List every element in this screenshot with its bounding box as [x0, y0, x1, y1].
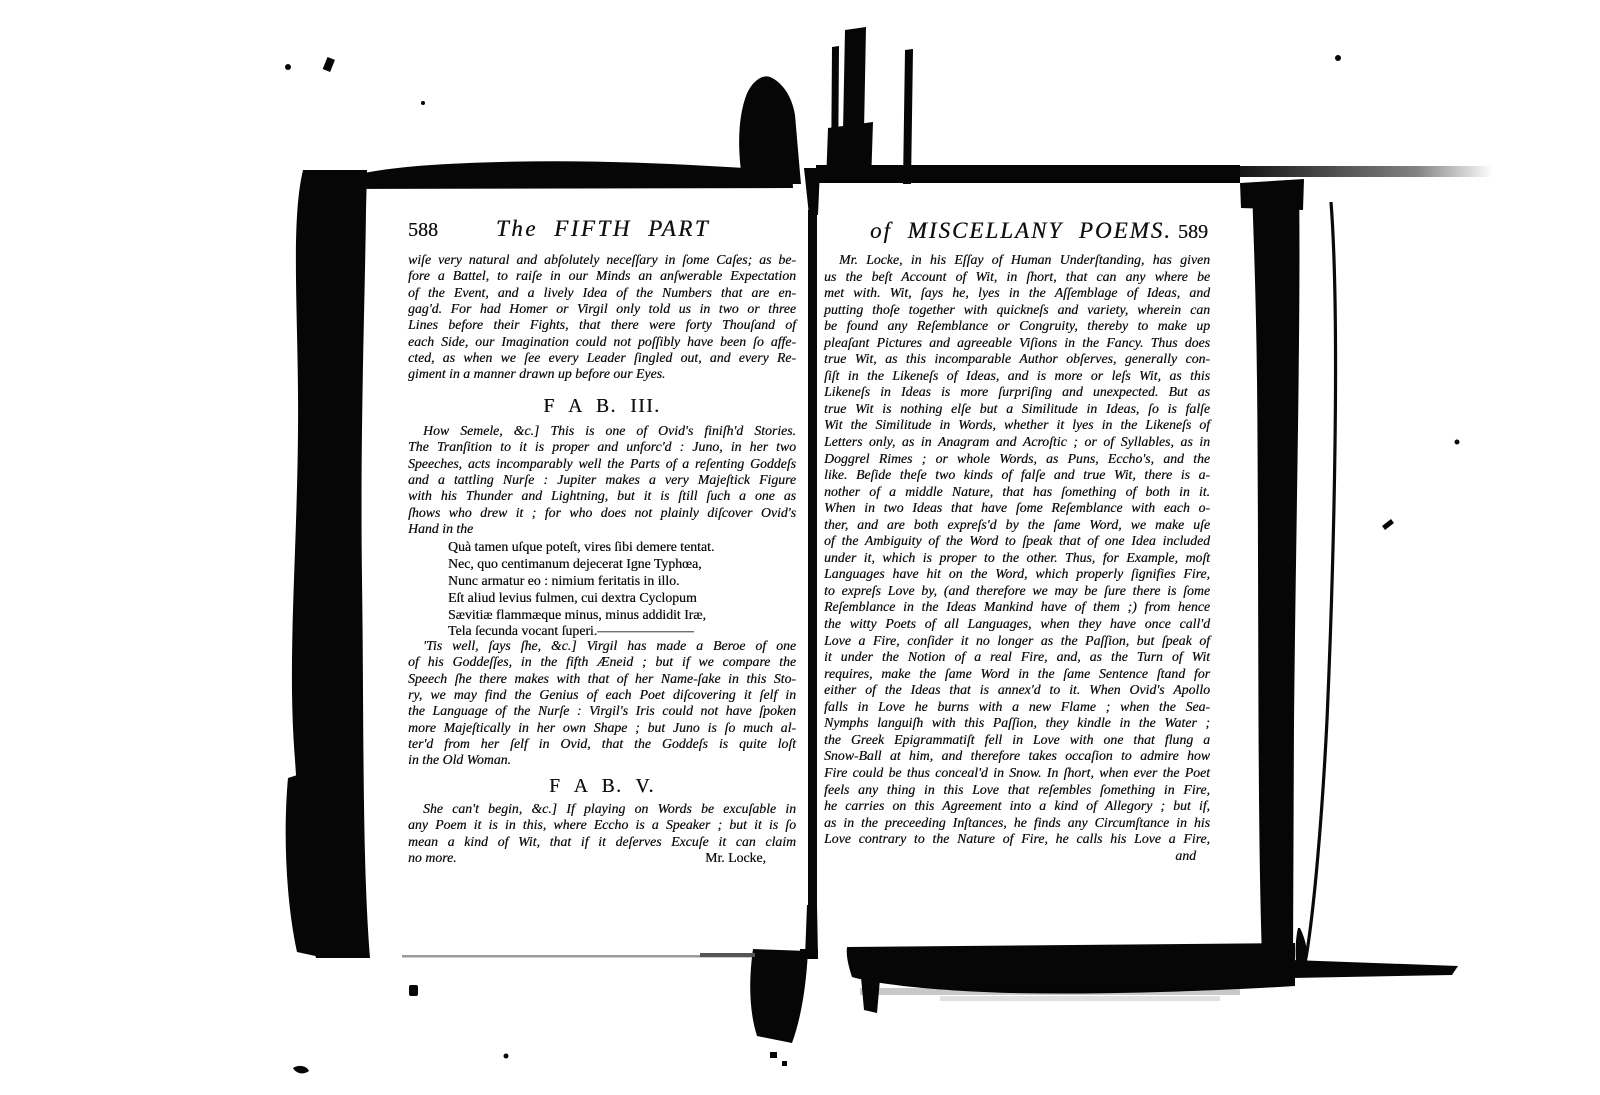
right-body-lines: Mr. Locke, in his Eſſay of Human Underſt…: [824, 252, 1210, 848]
speck-top-left-2: [285, 64, 291, 70]
text-line: putting thoſe together with quickneſs an…: [824, 302, 1210, 319]
text-line: Speech ſhe there makes with that of her …: [408, 671, 796, 687]
text-line: each Side, our Imagination could not poſ…: [408, 334, 796, 350]
text-line: Lines before their Fights, that there we…: [408, 317, 796, 333]
text-line: of the Ambiguity of the Word to ſpeak th…: [824, 533, 1210, 550]
text-line: Nymphs languiſh with this Paſſion, they …: [824, 715, 1210, 732]
right-edge-ink-band: [1252, 180, 1299, 958]
text-line: gag'd. For had Homer or Virgil only told…: [408, 301, 796, 317]
fab-v-paragraph-lines: She can't begin, &c.] If playing on Word…: [408, 801, 796, 850]
text-line: ter'd from her ſelf in Ovid, that the Go…: [408, 736, 796, 752]
text-line: ſiſt in the Likeneſs of Ideas, and is mo…: [824, 368, 1210, 385]
right-edge-ink-top: [1240, 179, 1304, 210]
right-body: Mr. Locke, in his Eſſay of Human Underſt…: [824, 252, 1210, 864]
left-running-header: 588 The FIFTH PART: [408, 216, 798, 242]
left-running-title: The FIFTH PART: [496, 216, 740, 242]
text-line: Hand in the: [408, 521, 796, 537]
text-line: Letters only, as in Anagram and Acroſtic…: [824, 434, 1210, 451]
left-page-bottom-edge-dark: [700, 953, 755, 957]
speck-right-margin: [1382, 519, 1394, 530]
speck-top-left-1: [323, 57, 335, 72]
blob-speckle-2: [782, 1061, 787, 1066]
text-line: Love contrary to the Nature of Fire, he …: [824, 831, 1210, 848]
text-line: he carries on this Agreement into a kind…: [824, 798, 1210, 815]
text-line: pleaſant Pictures and agreeable Viſions …: [824, 335, 1210, 352]
text-line: ther, and are both expreſs'd by the ſame…: [824, 517, 1210, 534]
text-line: as in the preceeding Inſtances, he finds…: [824, 815, 1210, 832]
fab-iii-heading: F A B. III.: [408, 396, 796, 418]
text-line: When in two Ideas that have ſome Reſembl…: [824, 500, 1210, 517]
fab-iii-paragraph: How Semele, &c.] This is one of Ovid's f…: [408, 423, 796, 537]
speck-right-margin-2: [1455, 440, 1460, 445]
left-page-bottom-edge: [402, 955, 752, 958]
tis-well-paragraph: 'Tis well, ſays ſhe, &c.] Virgil has mad…: [408, 638, 796, 769]
right-page-bottom-tail: [1292, 960, 1458, 978]
text-line: the Language of the Nurſe : Virgil's Iri…: [408, 703, 796, 719]
fab-v-last-line: no more. Mr. Locke,: [408, 850, 796, 866]
right-running-title: of MISCELLANY POEMS.: [830, 218, 1172, 244]
text-line: to expreſs Love by, (and therefore we ma…: [824, 583, 1210, 600]
speck-left-page-bottom: [409, 985, 418, 996]
left-catchword: Mr. Locke,: [705, 850, 796, 866]
text-line: it under the Notion of a real Fire, and,…: [824, 649, 1210, 666]
text-line: us the beſt Account of Wit, in ſhort, th…: [824, 269, 1210, 286]
speck-top-left-3: [421, 101, 425, 105]
text-line: any Poem it is in this, where Eccho is a…: [408, 817, 796, 833]
text-line: ſhows who drew it ; for who does not pla…: [408, 505, 796, 521]
text-line: mean a kind of Wit, that if it deſerves …: [408, 834, 796, 850]
text-line: with his Thunder and Lightning, but it i…: [408, 488, 796, 504]
text-line: fore a Battel, to raiſe in our Minds an …: [408, 268, 796, 284]
speck-below-page: [504, 1054, 509, 1059]
text-line: Wit the Similitude in Words, whether it …: [824, 417, 1210, 434]
text-line: more Majeſtically in her own Shape ; but…: [408, 720, 796, 736]
text-line: How Semele, &c.] This is one of Ovid's f…: [408, 423, 796, 439]
text-line: Nunc armatur eo : nimium feritatis in il…: [448, 573, 808, 590]
binding-streak-3: [903, 49, 913, 184]
right-catchword: and: [824, 848, 1210, 865]
text-line: in the Old Woman.: [408, 752, 796, 768]
text-line: true Wit, as this incomparable Author ob…: [824, 351, 1210, 368]
text-line: Quà tamen uſque poteſt, vires ſibi demer…: [448, 539, 808, 556]
text-line: Fire could be thus conceal'd in Snow. In…: [824, 765, 1210, 782]
page-edge-curve: [1306, 202, 1336, 958]
left-page-number: 588: [408, 219, 438, 242]
bottom-band-fuzz-1: [860, 988, 1240, 995]
text-line: Doggrel Rimes ; or whole Words, as Puns,…: [824, 451, 1210, 468]
text-line: falls in Love he burns with a new Flame …: [824, 699, 1210, 716]
text-line: giment in a manner drawn up before our E…: [408, 366, 796, 382]
latin-verse: Quà tamen uſque poteſt, vires ſibi demer…: [448, 539, 808, 640]
text-line: be found any Reſemblance or Congruity, t…: [824, 318, 1210, 335]
text-line: cted, as when we ſee every Leader ſingle…: [408, 350, 796, 366]
gutter-line: [808, 210, 817, 910]
text-line: Mr. Locke, in his Eſſay of Human Underſt…: [824, 252, 1210, 269]
right-page-top-band-tail: [1238, 166, 1493, 177]
text-line: Likeneſs in Ideas is more ſurpriſing and…: [824, 384, 1210, 401]
text-line: and a tattling Nurſe : Jupiter makes a v…: [408, 472, 796, 488]
spine-top-blob: [739, 76, 801, 184]
speck-bottom-left: [293, 1066, 309, 1074]
text-line: like. Beſide theſe two kinds of falſe an…: [824, 467, 1210, 484]
text-line: The Tranſition to it is proper and unfor…: [408, 439, 796, 455]
gutter-blob-joint: [800, 949, 818, 959]
fab-v-last-line-text: no more.: [408, 850, 457, 866]
right-page-bottom-band: [847, 943, 1295, 993]
book-scan-page: 588 The FIFTH PART wiſe very natural and…: [0, 0, 1600, 1095]
text-line: nother of a middle Nature, that has ſome…: [824, 484, 1210, 501]
text-line: feels any thing in this Love that reſemb…: [824, 782, 1210, 799]
text-line: under it, which is proper to the other. …: [824, 550, 1210, 567]
gutter-bottom-blob: [750, 949, 808, 1043]
text-line: Languages have hit on the Word, which pr…: [824, 566, 1210, 583]
text-line: of his Goddeſſes, in the fifth Æneid ; b…: [408, 654, 796, 670]
text-line: She can't begin, &c.] If playing on Word…: [408, 801, 796, 817]
blob-speckle-1: [770, 1052, 777, 1058]
text-line: Reſemblance in the Ideas Mankind have of…: [824, 599, 1210, 616]
text-line: the Greek Epigrammatiſt fell in Love wit…: [824, 732, 1210, 749]
left-paragraph-1: wiſe very natural and abſolutely neceſſa…: [408, 252, 796, 383]
speck-top-right: [1335, 55, 1341, 61]
text-line: Eſt aliud levius fulmen, cui dextra Cycl…: [448, 590, 808, 607]
text-line: requires, make the ſame Word in the ſame…: [824, 666, 1210, 683]
text-line: of the Event, and a lively Idea of the N…: [408, 285, 796, 301]
text-line: met with. Wit, ſays he, lyes in the Aſſe…: [824, 285, 1210, 302]
text-line: Sævitiæ flammæque minus, minus addidit I…: [448, 607, 808, 624]
right-page-number: 589: [1178, 221, 1208, 244]
text-line: Love a Fire, conſider it no longer as th…: [824, 633, 1210, 650]
text-line: either of the Ideas that is annex'd to i…: [824, 682, 1210, 699]
text-line: wiſe very natural and abſolutely neceſſa…: [408, 252, 796, 268]
text-line: Snow-Ball at him, and therefore takes oc…: [824, 748, 1210, 765]
right-page-top-band: [816, 165, 1240, 183]
text-line: true Wit is nothing elſe but a Similitud…: [824, 401, 1210, 418]
bottom-band-fuzz-2: [940, 996, 1220, 1001]
fab-v-heading: F A B. V.: [408, 776, 796, 798]
left-page-top-band: [322, 161, 793, 189]
text-line: ry, we may find the Genius of each Poet …: [408, 687, 796, 703]
fab-v-paragraph: She can't begin, &c.] If playing on Word…: [408, 801, 796, 866]
text-line: Nec, quo centimanum dejecerat Igne Typhœ…: [448, 556, 808, 573]
page-edge-curve-blotch: [1296, 928, 1308, 964]
right-running-header: of MISCELLANY POEMS. 589: [824, 218, 1208, 244]
text-line: 'Tis well, ſays ſhe, &c.] Virgil has mad…: [408, 638, 796, 654]
text-line: Speeches, acts incomparably well the Par…: [408, 456, 796, 472]
text-line: the witty Poets of all Languages, when t…: [824, 616, 1210, 633]
